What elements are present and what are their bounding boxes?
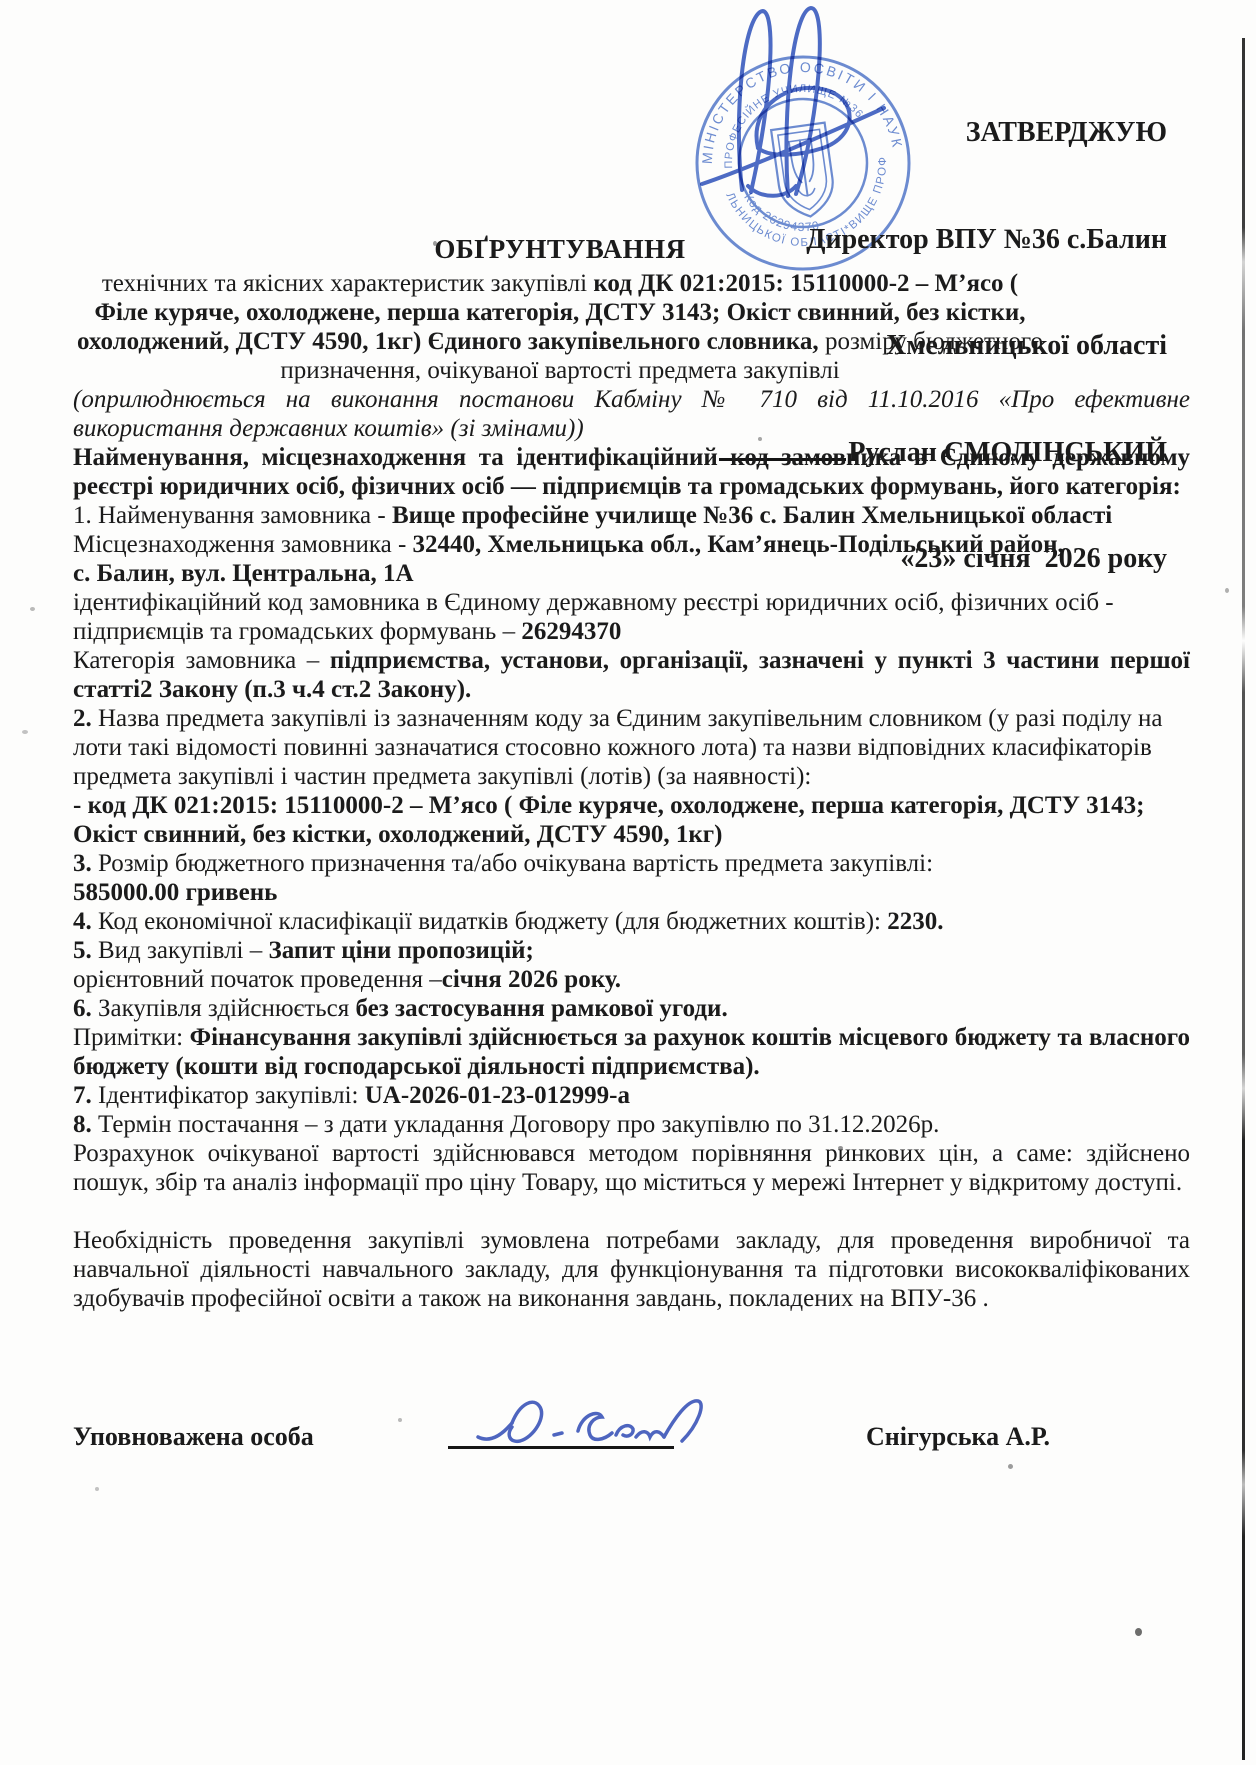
paragraph: Примітки: Фінансування закупівлі здійсню… xyxy=(73,1023,1190,1081)
paragraph: ідентифікаційний код замовника в Єдиному… xyxy=(73,588,1190,646)
paragraph: 8. Термін постачання – з дати укладання … xyxy=(73,1110,1190,1139)
text-run: технічних та якісних характеристик закуп… xyxy=(102,270,593,297)
text-run: 585000.00 гривень xyxy=(73,879,277,906)
paragraph: орієнтовний початок проведення –січня 20… xyxy=(73,965,1190,994)
text-run: 8. xyxy=(73,1111,92,1138)
text-run: Розрахунок очікуваної вартості здійснюва… xyxy=(73,1140,1190,1196)
text-run: 32440, Хмельницька обл., Кам’янець-Поділ… xyxy=(413,531,1064,558)
text-run: - код ДК 021:2015: 15110000-2 – М’ясо ( … xyxy=(73,792,1145,848)
text-run: Фінансування закупівлі здійснюється за р… xyxy=(73,1024,1190,1080)
text-run: Ідентифікатор закупівлі: xyxy=(92,1082,365,1109)
text-run: UA-2026-01-23-012999-a xyxy=(365,1082,630,1109)
text-run: 2. xyxy=(73,705,92,732)
paragraph: Найменування, місцезнаходження та іденти… xyxy=(73,443,1190,501)
text-run: 1. Найменування замовника - xyxy=(73,502,392,529)
paragraph: Розрахунок очікуваної вартості здійснюва… xyxy=(73,1139,1190,1197)
text-run: 6. xyxy=(73,995,92,1022)
text-run: 3. xyxy=(73,850,92,877)
text-run: 7. xyxy=(73,1082,92,1109)
text-run: Розмір бюджетного призначення та/або очі… xyxy=(92,850,933,877)
text-run: с. Балин, вул. Центральна, 1А xyxy=(73,560,414,587)
authorized-person-name: Снігурська А.Р. xyxy=(866,1422,1050,1452)
text-run: Назва предмета закупівлі із зазначенням … xyxy=(73,705,1163,790)
text-run: Запит ціни пропозицій; xyxy=(269,937,534,964)
scan-speck xyxy=(30,607,35,611)
paragraph: 4. Код економічної класифікації видатків… xyxy=(73,907,1190,936)
document-body-paragraphs: технічних та якісних характеристик закуп… xyxy=(73,269,1190,1313)
text-run: 26294370 xyxy=(521,618,621,645)
text-run: (оприлюднюється на виконання постанови К… xyxy=(73,386,1190,442)
text-run: Термін постачання – з дати укладання Дог… xyxy=(92,1111,940,1138)
scan-speck xyxy=(22,730,28,734)
text-run: Найменування, місцезнаходження та іденти… xyxy=(73,444,1190,500)
paragraph: (оприлюднюється на виконання постанови К… xyxy=(73,385,1190,443)
scan-speck xyxy=(1135,1628,1142,1636)
text-run: орієнтовний початок проведення – xyxy=(73,966,442,993)
text-run: без застосування рамкової угоди. xyxy=(355,995,727,1022)
paragraph: Необхідність проведення закупівлі зумовл… xyxy=(73,1226,1190,1313)
text-run: 4. xyxy=(73,908,92,935)
text-run: Необхідність проведення закупівлі зумовл… xyxy=(73,1227,1190,1312)
paragraph: 3. Розмір бюджетного призначення та/або … xyxy=(73,849,1190,878)
scan-speck xyxy=(95,1487,99,1491)
text-run: 2230. xyxy=(887,908,943,935)
document-title: ОБҐРУНТУВАННЯ xyxy=(73,234,1047,265)
text-run: Примітки: xyxy=(73,1024,190,1051)
text-run: січня 2026 року. xyxy=(442,966,621,993)
scanned-document-page: МІНІСТЕРСТВО ОСВІТИ І НАУК ЛЬНИЦЬКОЇ ОБЛ… xyxy=(0,0,1256,1765)
text-run: Закупівля здійснюється xyxy=(92,995,356,1022)
approval-word: ЗАТВЕРДЖУЮ xyxy=(719,115,1167,151)
scan-speck xyxy=(838,1146,843,1150)
authorized-person-signature xyxy=(450,1385,720,1460)
scan-speck xyxy=(398,1418,402,1422)
text-run: Вище професійне училище №36 с. Балин Хме… xyxy=(392,502,1112,529)
scan-speck xyxy=(1225,588,1229,593)
text-run: Код економічної класифікації видатків бю… xyxy=(92,908,888,935)
paragraph: 5. Вид закупівлі – Запит ціни пропозицій… xyxy=(73,936,1190,965)
paragraph: 1. Найменування замовника - Вище професі… xyxy=(73,501,1190,530)
paragraph: технічних та якісних характеристик закуп… xyxy=(73,269,1047,385)
scan-speck xyxy=(433,241,437,246)
paragraph: 6. Закупівля здійснюється без застосуван… xyxy=(73,994,1190,1023)
text-run: Місцезнаходження замовника - xyxy=(73,531,413,558)
paragraph: Місцезнаходження замовника - 32440, Хмел… xyxy=(73,530,1190,559)
paragraph: с. Балин, вул. Центральна, 1А xyxy=(73,559,1190,588)
paragraph: - код ДК 021:2015: 15110000-2 – М’ясо ( … xyxy=(73,791,1190,849)
text-run: Категорія замовника – xyxy=(73,647,330,674)
text-run: 5. xyxy=(73,937,92,964)
text-run: Вид закупівлі – xyxy=(92,937,269,964)
paragraph: Категорія замовника – підприємства, уста… xyxy=(73,646,1190,704)
document-body: ОБҐРУНТУВАННЯ технічних та якісних харак… xyxy=(73,234,1190,1313)
scan-speck xyxy=(1008,1464,1013,1469)
authorized-person-label: Уповноважена особа xyxy=(73,1422,314,1452)
paragraph: 7. Ідентифікатор закупівлі: UA-2026-01-2… xyxy=(73,1081,1190,1110)
scan-speck xyxy=(758,437,762,441)
paragraph: 585000.00 гривень xyxy=(73,878,1190,907)
paragraph: 2. Назва предмета закупівлі із зазначенн… xyxy=(73,704,1190,791)
scan-edge-artifact-line xyxy=(1242,38,1245,1760)
